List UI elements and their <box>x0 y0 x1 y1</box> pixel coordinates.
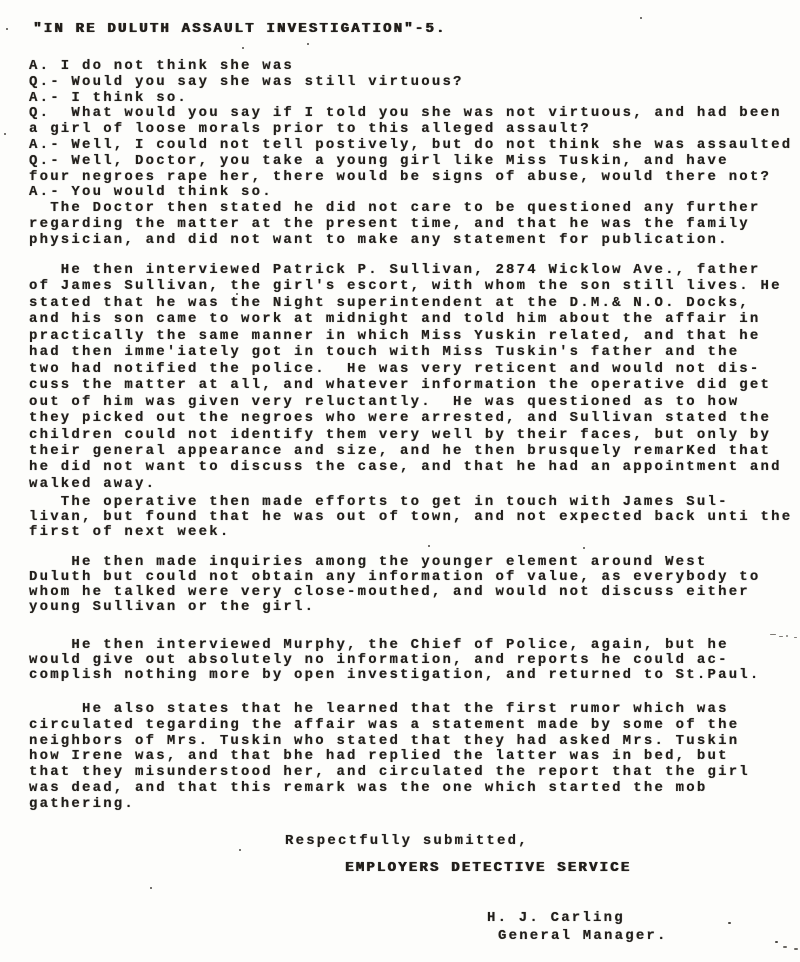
scan-speck <box>728 922 731 924</box>
organization-name: EMPLOYERS DETECTIVE SERVICE <box>345 860 631 876</box>
paragraph-sullivan-interview: He then interviewed Patrick P. Sullivan,… <box>29 262 782 492</box>
signature-name: H. J. Carling <box>487 910 625 926</box>
qa-transcript-block: A. I do not think she was Q.- Would you … <box>29 59 792 249</box>
scan-speck <box>236 293 238 295</box>
signature-title: General Manager. <box>498 928 668 944</box>
scan-speck <box>770 634 776 635</box>
scan-speck <box>307 43 309 45</box>
scan-speck <box>786 635 788 637</box>
scan-speck <box>242 47 244 49</box>
scan-speck <box>428 545 430 547</box>
scan-speck <box>422 114 424 116</box>
closing-salutation: Respectfully submitted, <box>285 833 529 849</box>
paragraph-chief-murphy-interview: He then interviewed Murphy, the Chief of… <box>29 638 761 683</box>
scan-speck <box>783 946 787 948</box>
scan-speck <box>583 547 585 549</box>
scan-speck <box>239 849 241 851</box>
scan-speck <box>640 17 642 19</box>
scan-speck <box>794 948 798 950</box>
document-title: "IN RE DULUTH ASSAULT INVESTIGATION"-5. <box>33 21 446 37</box>
scan-speck <box>779 636 783 637</box>
paragraph-james-sullivan-out-of-town: The operative then made efforts to get i… <box>29 495 792 540</box>
scan-speck <box>775 941 778 943</box>
scan-speck <box>6 28 8 30</box>
paragraph-rumor-origin: He also states that he learned that the … <box>29 702 750 813</box>
scan-speck <box>150 887 152 889</box>
scan-speck <box>4 133 6 135</box>
scan-speck <box>794 637 797 638</box>
scanned-document-page: "IN RE DULUTH ASSAULT INVESTIGATION"-5. … <box>0 0 800 962</box>
paragraph-west-duluth-inquiries: He then made inquiries among the younger… <box>29 555 761 615</box>
